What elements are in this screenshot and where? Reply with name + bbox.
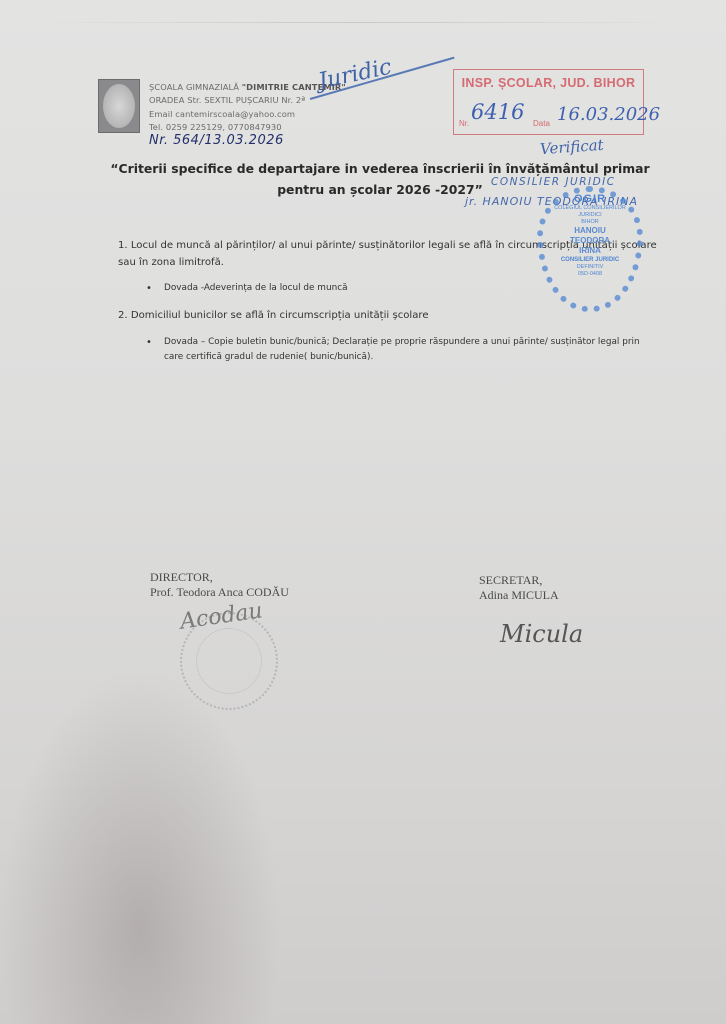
stamp-date-label: Data (533, 119, 550, 128)
secretary-name: Adina MICULA (479, 588, 559, 603)
director-signature-block: DIRECTOR, Prof. Teodora Anca CODĂU (150, 570, 289, 600)
registration-number: Nr. 564/13.03.2026 (149, 133, 284, 148)
criterion-text: Domiciliul bunicilor se află în circumsc… (131, 310, 429, 321)
inspectorate-registration-stamp: INSP. ȘCOLAR, JUD. BIHOR Nr. 6416 Data 1… (453, 69, 644, 135)
stamp-org: OGIR (543, 193, 637, 205)
stamp-code: 05D-0408 (543, 271, 637, 278)
secretary-signature: Micula (500, 620, 583, 648)
criterion-number: 2. (118, 310, 128, 321)
stamp-name-1: HANOIU (543, 226, 637, 236)
fold-line (40, 22, 680, 23)
stamp-line-2: JURIDICI (543, 212, 637, 219)
letterhead: ȘCOALA GIMNAZIALĂ "DIMITRIE CANTEMIR" OR… (149, 81, 346, 134)
stamp-name-2: TEODORA (543, 236, 637, 246)
school-name-line: ȘCOALA GIMNAZIALĂ "DIMITRIE CANTEMIR" (149, 81, 346, 94)
stamp-line-3: BIHOR (543, 219, 637, 226)
stamp-line-1: COLEGIUL CONSILIERILOR (543, 205, 637, 212)
school-type: ȘCOALA GIMNAZIALĂ (149, 82, 242, 92)
director-title: DIRECTOR, (150, 570, 289, 585)
school-logo-icon (98, 79, 140, 133)
stamp-date-value: 16.03.2026 (557, 104, 660, 125)
stamp-name-3: IRINA (543, 246, 637, 256)
title-line-1: “Criterii specifice de departajare in ve… (110, 158, 650, 179)
director-name: Prof. Teodora Anca CODĂU (150, 585, 289, 600)
stamp-nr-label: Nr. (459, 119, 469, 128)
school-email: Email cantemirscoala@yahoo.com (149, 108, 346, 121)
criterion-proof: Dovada – Copie buletin bunic/bunică; Dec… (118, 335, 658, 365)
secretary-signature-block: SECRETAR, Adina MICULA (479, 573, 559, 603)
stamp-role: CONSILIER JURIDIC (543, 256, 637, 264)
secretary-title: SECRETAR, (479, 573, 559, 588)
stamp-title: INSP. ȘCOLAR, JUD. BIHOR (454, 76, 643, 90)
stamp-nr-value: 6416 (471, 100, 524, 124)
stamp-status: DEFINITIV (543, 264, 637, 271)
criterion-number: 1. (118, 240, 128, 251)
paper-page (0, 0, 726, 1024)
